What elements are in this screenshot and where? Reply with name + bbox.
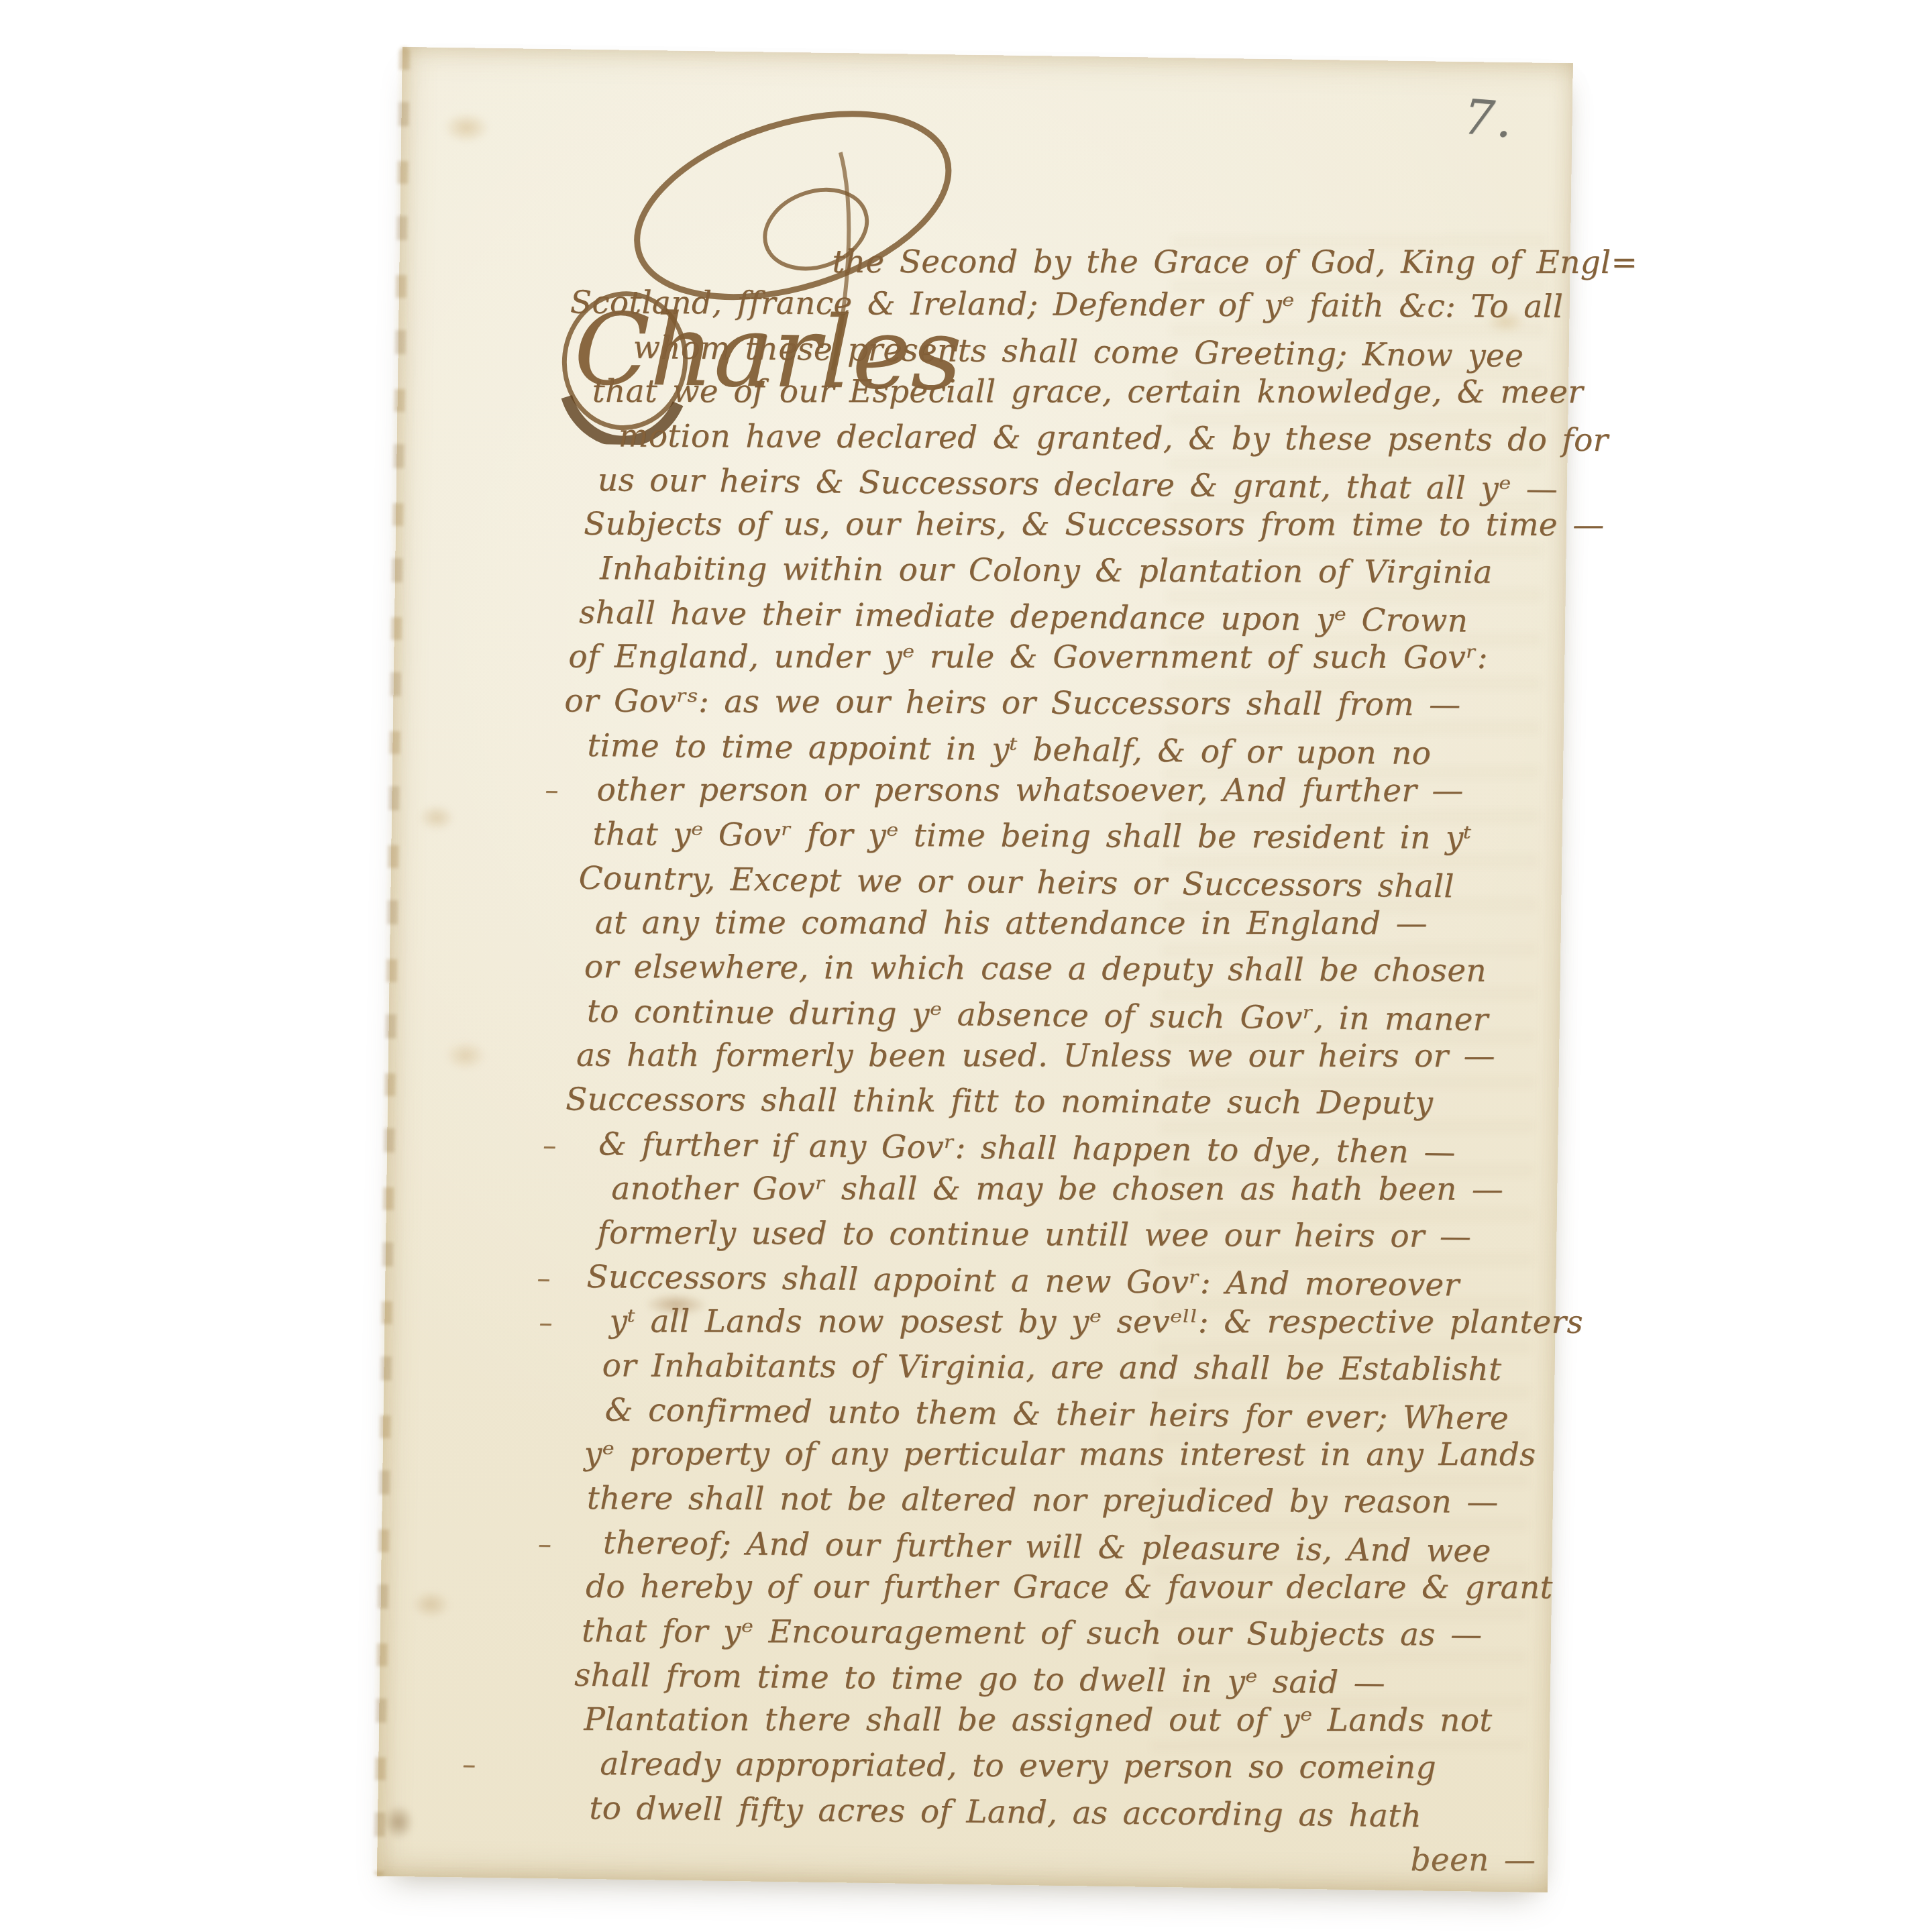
manuscript-line: shall from time to time go to dwell in y… (574, 1656, 1385, 1704)
ink-showthrough (1150, 234, 1548, 1752)
manuscript-line: Successors shall appoint a new Govʳ: And… (586, 1257, 1459, 1305)
manuscript-line: us our heirs & Successors declare & gran… (598, 460, 1558, 510)
manuscript-line: at any time comand his attendance in Eng… (595, 903, 1428, 944)
manuscript-line: motion have declared & granted, & by the… (619, 417, 1609, 461)
manuscript-line: whom these presents shall come Greeting;… (633, 328, 1523, 377)
photo-background: 7. Charles the Second by the Grace of Go… (0, 0, 1932, 1932)
edge-stain (383, 1805, 415, 1840)
manuscript-line: yᵉ property of any perticular mans inter… (584, 1434, 1536, 1475)
margin-dash: – (545, 775, 559, 806)
foxing-spot (411, 1590, 451, 1619)
manuscript-line: & further if any Govʳ: shall happen to d… (598, 1124, 1456, 1173)
manuscript-line: that we of our Especiall grace, certain … (592, 372, 1583, 413)
manuscript-line: or Inhabitants of Virginia, are and shal… (602, 1346, 1501, 1390)
manuscript-line: shall have their imediate dependance upo… (579, 593, 1468, 642)
manuscript-line: Successors shall think fitt to nominate … (566, 1080, 1433, 1124)
manuscript-line: Plantation there shall be assigned out o… (584, 1700, 1492, 1741)
manuscript-line: or elsewhere, in which case a deputy sha… (584, 947, 1487, 991)
manuscript-line: of England, under yᵉ rule & Government o… (568, 637, 1488, 678)
manuscript-line: & confirmed unto them & their heirs for … (604, 1390, 1509, 1439)
manuscript-page: 7. Charles the Second by the Grace of Go… (377, 47, 1573, 1892)
foxing-spot (419, 804, 455, 831)
manuscript-line: yᵗ all Lands now posest by yᵉ sevᵉˡˡ: & … (609, 1301, 1582, 1342)
catchword: been — (1410, 1840, 1536, 1880)
manuscript-line: or Govʳˢ: as we our heirs or Successors … (564, 681, 1460, 725)
margin-dash: – (462, 1749, 476, 1780)
manuscript-line: to continue during yᵉ absence of such Go… (587, 991, 1489, 1040)
margin-dash: – (538, 1529, 552, 1560)
manuscript-line: Subjects of us, our heirs, & Successors … (584, 504, 1604, 545)
manuscript-line: as hath formerly been used. Unless we ou… (576, 1036, 1495, 1077)
manuscript-line: that yᵉ Govʳ for yᵉ time being shall be … (593, 814, 1472, 859)
manuscript-line: the Second by the Grace of God, King of … (833, 242, 1638, 283)
foxing-spot (445, 1040, 487, 1071)
manuscript-line: thereof; And our further will & pleasure… (603, 1523, 1491, 1572)
margin-dash: – (537, 1263, 551, 1294)
manuscript-line: there shall not be altered nor prejudice… (587, 1479, 1499, 1523)
manuscript-line: Country, Except we or our heirs or Succe… (578, 859, 1454, 908)
manuscript-line: Scotland, ffrance & Ireland; Defender of… (570, 283, 1564, 327)
margin-dash: – (543, 1130, 557, 1161)
foxing-spot (443, 112, 490, 144)
manuscript-line: formerly used to continue untill wee our… (597, 1213, 1471, 1257)
manuscript-line: another Govʳ shall & may be chosen as ha… (611, 1169, 1503, 1210)
margin-dash: – (539, 1307, 553, 1338)
deckle-edge (374, 47, 410, 1876)
manuscript-line: to dwell fifty acres of Land, as accordi… (589, 1788, 1421, 1837)
manuscript-line: do hereby of our further Grace & favour … (586, 1567, 1553, 1608)
page-number-pencil: 7. (1461, 89, 1517, 149)
manuscript-line: that for yᵉ Encouragement of such our Su… (582, 1611, 1483, 1656)
manuscript-line: other person or persons whatsoever, And … (597, 770, 1464, 811)
manuscript-line: Inhabiting within our Colony & plantatio… (600, 549, 1493, 593)
manuscript-line: time to time appoint in yᵗ behalf, & of … (587, 726, 1431, 774)
manuscript-line: already appropriated, to every person so… (600, 1744, 1436, 1788)
